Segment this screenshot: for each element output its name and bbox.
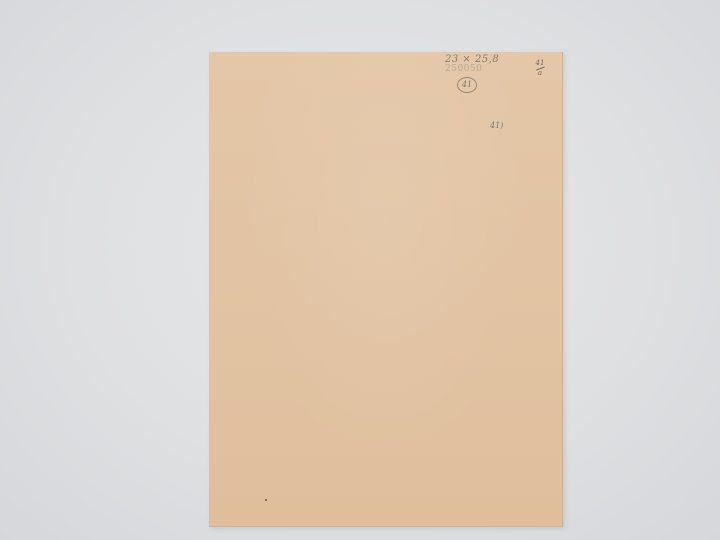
- paper-sheet: 23 × 25,8 250050 41 41 a 41): [209, 52, 563, 527]
- pencil-inventory-note: 41): [490, 122, 503, 130]
- pencil-fraction-note: 41 a: [535, 60, 545, 77]
- pencil-circled-number: 41: [457, 77, 477, 93]
- fraction-denominator: a: [535, 70, 545, 77]
- photo-scene: 23 × 25,8 250050 41 41 a 41): [0, 0, 720, 540]
- paper-speck: [265, 499, 267, 501]
- pencil-code-note: 250050: [445, 65, 482, 74]
